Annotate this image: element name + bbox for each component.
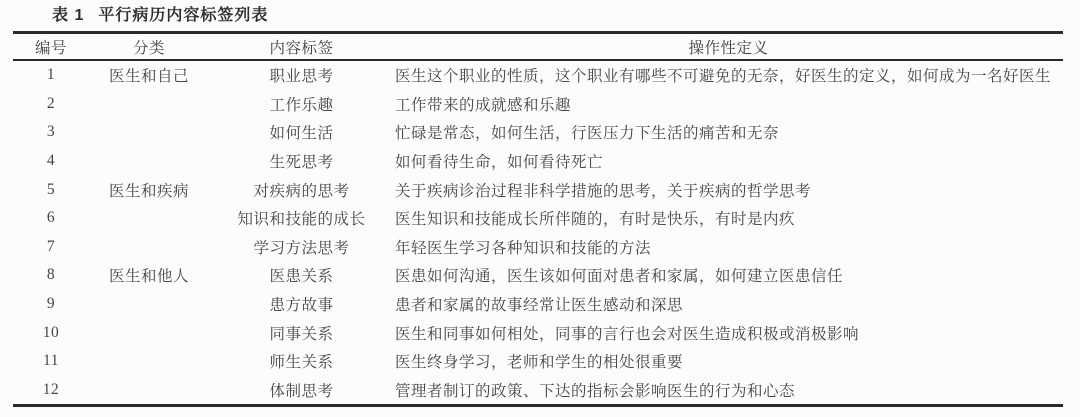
cell-label: 如何生活 bbox=[209, 118, 394, 147]
cell-no: 6 bbox=[13, 204, 89, 233]
table-caption-number: 表 1 bbox=[52, 7, 84, 24]
cell-category bbox=[89, 204, 209, 233]
cell-category bbox=[89, 318, 209, 347]
table-row: 2工作乐趣工作带来的成就感和乐趣 bbox=[13, 90, 1063, 119]
cell-category: 医生和自己 bbox=[89, 60, 209, 90]
table-caption: 表 1平行病历内容标签列表 bbox=[52, 6, 268, 26]
cell-no: 9 bbox=[13, 290, 89, 319]
cell-definition: 医生和同事如何相处，同事的言行也会对医生造成积极或消极影响 bbox=[394, 318, 1063, 347]
cell-no: 4 bbox=[13, 147, 89, 176]
cell-no: 3 bbox=[13, 118, 89, 147]
cell-category bbox=[89, 118, 209, 147]
cell-no: 10 bbox=[13, 318, 89, 347]
table-row: 11师生关系医生终身学习，老师和学生的相处很重要 bbox=[13, 347, 1063, 376]
cell-no: 1 bbox=[13, 60, 89, 90]
cell-no: 5 bbox=[13, 175, 89, 204]
header-row: 编号 分类 内容标签 操作性定义 bbox=[13, 33, 1063, 61]
cell-label: 职业思考 bbox=[209, 60, 394, 90]
cell-label: 对疾病的思考 bbox=[209, 175, 394, 204]
table-row: 8医生和他人医患关系医患如何沟通，医生该如何面对患者和家属，如何建立医患信任 bbox=[13, 261, 1063, 290]
cell-definition: 忙碌是常态，如何生活，行医压力下生活的痛苦和无奈 bbox=[394, 118, 1063, 147]
cell-label: 知识和技能的成长 bbox=[209, 204, 394, 233]
cell-category bbox=[89, 90, 209, 119]
cell-category bbox=[89, 376, 209, 406]
column-header-number: 编号 bbox=[13, 33, 89, 61]
cell-category bbox=[89, 233, 209, 262]
table-caption-title: 平行病历内容标签列表 bbox=[98, 7, 268, 24]
cell-label: 师生关系 bbox=[209, 347, 394, 376]
cell-category bbox=[89, 290, 209, 319]
cell-definition: 医患如何沟通，医生该如何面对患者和家属，如何建立医患信任 bbox=[394, 261, 1063, 290]
cell-category: 医生和他人 bbox=[89, 261, 209, 290]
cell-label: 学习方法思考 bbox=[209, 233, 394, 262]
cell-definition: 医生知识和技能成长所伴随的，有时是快乐，有时是内疚 bbox=[394, 204, 1063, 233]
cell-no: 2 bbox=[13, 90, 89, 119]
cell-no: 12 bbox=[13, 376, 89, 406]
column-header-category: 分类 bbox=[89, 33, 209, 61]
cell-definition: 医生终身学习，老师和学生的相处很重要 bbox=[394, 347, 1063, 376]
paper-table-figure: 表 1平行病历内容标签列表 编号 分类 内容标签 操作性定义 1医生和自己职业思… bbox=[0, 0, 1080, 417]
cell-label: 患方故事 bbox=[209, 290, 394, 319]
cell-no: 7 bbox=[13, 233, 89, 262]
table-row: 12体制思考管理者制订的政策、下达的指标会影响医生的行为和心态 bbox=[13, 376, 1063, 406]
cell-label: 生死思考 bbox=[209, 147, 394, 176]
cell-label: 工作乐趣 bbox=[209, 90, 394, 119]
content-label-table: 编号 分类 内容标签 操作性定义 1医生和自己职业思考医生这个职业的性质，这个职… bbox=[13, 31, 1063, 407]
cell-definition: 工作带来的成就感和乐趣 bbox=[394, 90, 1063, 119]
cell-definition: 管理者制订的政策、下达的指标会影响医生的行为和心态 bbox=[394, 376, 1063, 406]
cell-label: 同事关系 bbox=[209, 318, 394, 347]
table-body: 1医生和自己职业思考医生这个职业的性质，这个职业有哪些不可避免的无奈，好医生的定… bbox=[13, 60, 1063, 406]
table-row: 10同事关系医生和同事如何相处，同事的言行也会对医生造成积极或消极影响 bbox=[13, 318, 1063, 347]
cell-no: 11 bbox=[13, 347, 89, 376]
table-row: 3如何生活忙碌是常态，如何生活，行医压力下生活的痛苦和无奈 bbox=[13, 118, 1063, 147]
table-row: 1医生和自己职业思考医生这个职业的性质，这个职业有哪些不可避免的无奈，好医生的定… bbox=[13, 60, 1063, 90]
table-row: 4生死思考如何看待生命，如何看待死亡 bbox=[13, 147, 1063, 176]
table-row: 7学习方法思考年轻医生学习各种知识和技能的方法 bbox=[13, 233, 1063, 262]
cell-definition: 如何看待生命，如何看待死亡 bbox=[394, 147, 1063, 176]
cell-label: 体制思考 bbox=[209, 376, 394, 406]
cell-label: 医患关系 bbox=[209, 261, 394, 290]
column-header-operational-definition: 操作性定义 bbox=[394, 33, 1063, 61]
cell-category bbox=[89, 147, 209, 176]
column-header-content-label: 内容标签 bbox=[209, 33, 394, 61]
table-row: 6知识和技能的成长医生知识和技能成长所伴随的，有时是快乐，有时是内疚 bbox=[13, 204, 1063, 233]
table-row: 9患方故事患者和家属的故事经常让医生感动和深思 bbox=[13, 290, 1063, 319]
cell-definition: 医生这个职业的性质，这个职业有哪些不可避免的无奈，好医生的定义，如何成为一名好医… bbox=[394, 60, 1063, 90]
cell-definition: 患者和家属的故事经常让医生感动和深思 bbox=[394, 290, 1063, 319]
cell-category: 医生和疾病 bbox=[89, 175, 209, 204]
cell-category bbox=[89, 347, 209, 376]
cell-definition: 关于疾病诊治过程非科学措施的思考，关于疾病的哲学思考 bbox=[394, 175, 1063, 204]
cell-definition: 年轻医生学习各种知识和技能的方法 bbox=[394, 233, 1063, 262]
table-row: 5医生和疾病对疾病的思考关于疾病诊治过程非科学措施的思考，关于疾病的哲学思考 bbox=[13, 175, 1063, 204]
cell-no: 8 bbox=[13, 261, 89, 290]
